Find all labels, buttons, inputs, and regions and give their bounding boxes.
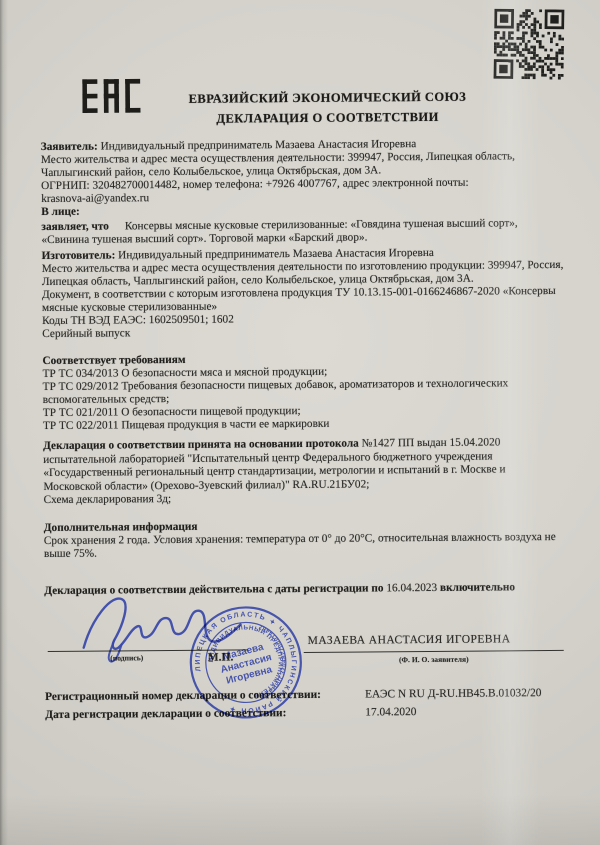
basis-block: Декларация о соответствии принята на осн… — [43, 436, 506, 507]
registration-date-value: 17.04.2020 — [365, 702, 542, 721]
page-title: ДЕКЛАРАЦИЯ О СООТВЕТСТВИИ — [97, 106, 557, 130]
registration-number-value: ЕАЭС N RU Д-RU.НВ45.В.01032/20 — [365, 684, 542, 703]
serial-issue: Серийный выпуск — [42, 324, 564, 341]
registration-values: ЕАЭС N RU Д-RU.НВ45.В.01032/20 17.04.202… — [365, 684, 542, 721]
compliance-block: Соответствует требованиям ТР ТС 034/2013… — [42, 351, 508, 433]
declares-line: «Свинина тушеная высший сорт». Торговой … — [41, 230, 517, 247]
document-sheet: ЕВРАЗИЙСКИЙ ЭКОНОМИЧЕСКИЙ СОЮЗ ДЕКЛАРАЦИ… — [0, 0, 600, 845]
declarant-name: МАЗАЕВА АНАСТАСИЯ ИГОРЕВНА — [308, 632, 511, 647]
document-header: ЕВРАЗИЙСКИЙ ЭКОНОМИЧЕСКИЙ СОЮЗ ДЕКЛАРАЦИ… — [97, 86, 557, 130]
declares-block: заявляет, чтоКонсервы мясные кусковые ст… — [41, 217, 518, 247]
qr-code — [494, 9, 565, 80]
fio-rule-line — [304, 650, 564, 653]
additional-info-block: Дополнительная информация Срок хранения … — [44, 518, 556, 561]
applicant-block: Заявитель: Индивидуальный предпринимател… — [41, 137, 516, 219]
fio-caption: (Ф. И. О. заявителя) — [364, 654, 504, 664]
compliance-item: ТР ТС 022/2011 Пищевая продукция в части… — [43, 416, 509, 433]
document-content: ЕВРАЗИЙСКИЙ ЭКОНОМИЧЕСКИЙ СОЮЗ ДЕКЛАРАЦИ… — [0, 0, 600, 845]
manufacturer-block: Изготовитель: Индивидуальный предпринима… — [42, 246, 564, 341]
declaration-scheme: Схема декларирования 3д; — [43, 490, 505, 507]
